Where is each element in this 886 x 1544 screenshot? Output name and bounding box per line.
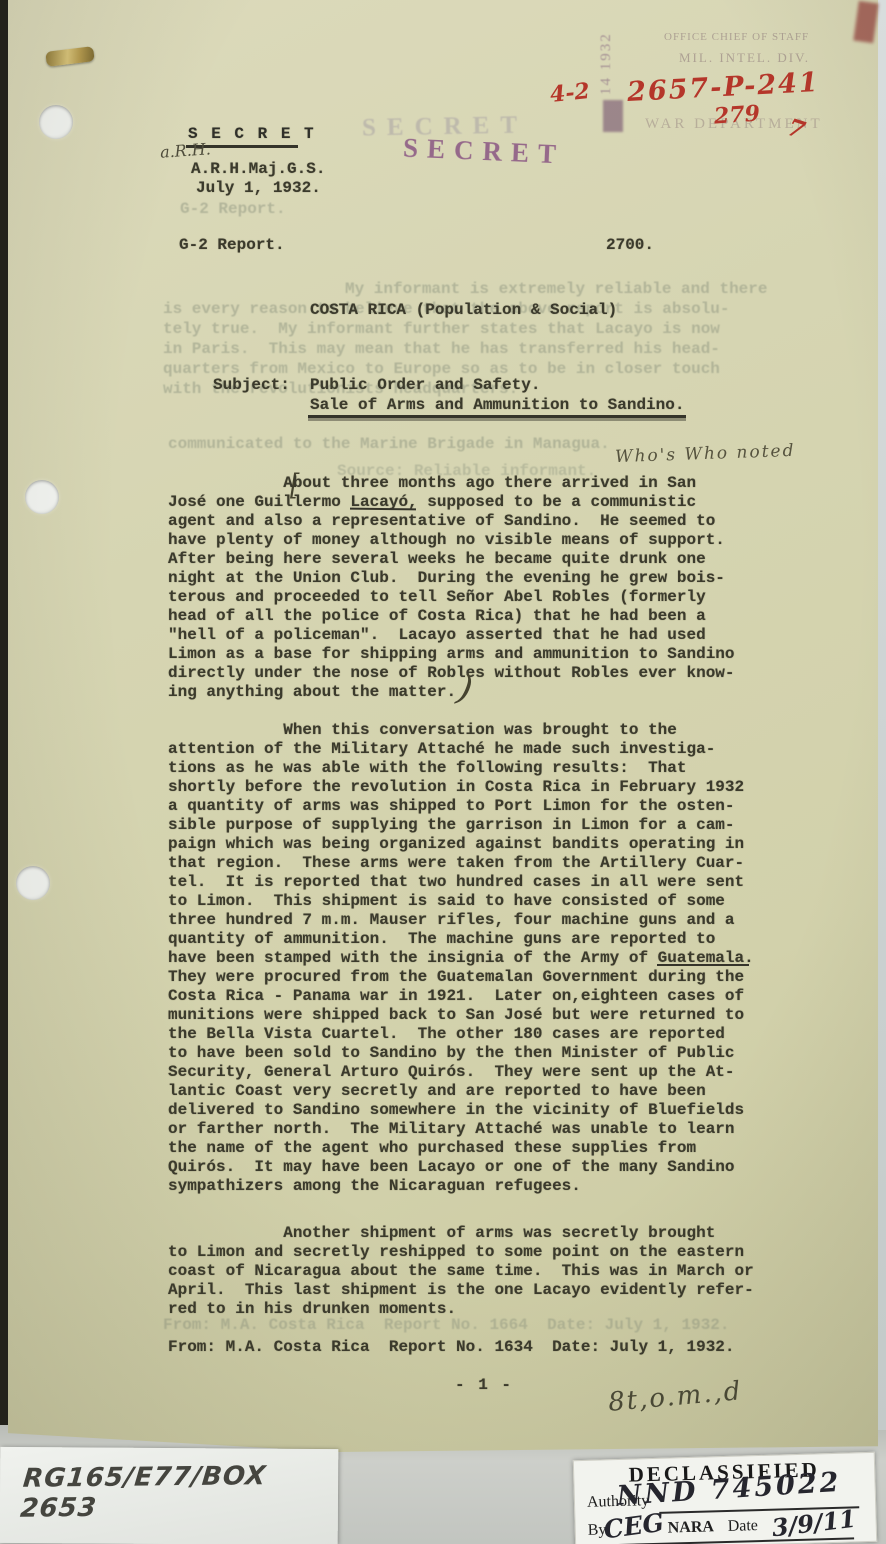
punch-hole-middle bbox=[25, 480, 59, 514]
text-line: the Bella Vista Cuartel. The other 180 c… bbox=[168, 1025, 754, 1044]
ghost-g2-report: G-2 Report. bbox=[180, 200, 286, 218]
text-line: attention of the Military Attaché he mad… bbox=[168, 740, 754, 759]
from-line: From: M.A. Costa Rica Report No. 1634 Da… bbox=[168, 1338, 735, 1356]
text-line: Another shipment of arms was secretly br… bbox=[168, 1224, 754, 1243]
officer-line: A.R.H.Maj.G.S. bbox=[191, 160, 325, 178]
text-line: When this conversation was brought to th… bbox=[168, 721, 754, 740]
report-type: G-2 Report. bbox=[179, 236, 285, 254]
subject-line-2: Sale of Arms and Ammunition to Sandino. bbox=[310, 396, 684, 414]
nara-label: NARA bbox=[667, 1518, 714, 1537]
date-line: July 1, 1932. bbox=[196, 179, 321, 197]
archive-label-text: RG165/E77/BOX 2653 bbox=[19, 1460, 341, 1523]
text-line: red to in his drunken moments. bbox=[168, 1300, 754, 1319]
text-line: sympathizers among the Nicaraguan refuge… bbox=[168, 1177, 754, 1196]
received-date-stamp: 14 1932 bbox=[598, 32, 615, 95]
text-line: to have been sold to Sandino by the then… bbox=[168, 1044, 754, 1063]
archive-label: RG165/E77/BOX 2653 bbox=[0, 1447, 338, 1544]
text-line: shortly before the revolution in Costa R… bbox=[168, 778, 754, 797]
subject-line-1: Public Order and Safety. bbox=[310, 376, 540, 394]
declassified-stamp: DECLASSIFIED Authority NND 745022 By CEG… bbox=[573, 1452, 877, 1544]
ghost-line: tely true. My informant further states t… bbox=[163, 320, 720, 338]
paragraph-1: About three months ago there arrived in … bbox=[168, 474, 735, 702]
text-line: agent and also a representative of Sandi… bbox=[168, 512, 735, 531]
text-line: the name of the agent who purchased thes… bbox=[168, 1139, 754, 1158]
text-line: ing anything about the matter. bbox=[168, 683, 735, 702]
text-line: April. This last shipment is the one Lac… bbox=[168, 1281, 754, 1300]
text-line: head of all the police of Costa Rica) th… bbox=[168, 607, 735, 626]
text-line: coast of Nicaragua about the same time. … bbox=[168, 1262, 754, 1281]
office-chief-of-staff-stamp: OFFICE CHIEF OF STAFF bbox=[664, 31, 809, 43]
text-line: delivered to Sandino somewhere in the vi… bbox=[168, 1101, 754, 1120]
ghost-line: in Paris. This may mean that he has tran… bbox=[163, 340, 720, 358]
paragraph-3: Another shipment of arms was secretly br… bbox=[168, 1224, 754, 1319]
text-line: quantity of ammunition. The machine guns… bbox=[168, 930, 754, 949]
text-line: "hell of a policeman". Lacayo asserted t… bbox=[168, 626, 735, 645]
file-number-2700: 2700. bbox=[606, 236, 654, 254]
text-line: lantic Coast very secretly and are repor… bbox=[168, 1082, 754, 1101]
text-line: tions as he was able with the following … bbox=[168, 759, 754, 778]
pencil-initials: a.R.H. bbox=[159, 139, 211, 161]
mil-intel-div-stamp: MIL. INTEL. DIV. bbox=[679, 50, 810, 66]
page-number: - 1 - bbox=[455, 1376, 513, 1394]
text-line: that region. These arms were taken from … bbox=[168, 854, 754, 873]
stamp-ink-blot bbox=[603, 100, 623, 132]
text-line: have plenty of money although no visible… bbox=[168, 531, 735, 550]
text-line: tel. It is reported that two hundred cas… bbox=[168, 873, 754, 892]
text-line: munitions were shipped back to San José … bbox=[168, 1006, 754, 1025]
text-line: They were procured from the Guatemalan G… bbox=[168, 968, 754, 987]
text-line: terous and proceeded to tell Señor Abel … bbox=[168, 588, 735, 607]
text-line: three hundred 7 m.m. Mauser rifles, four… bbox=[168, 911, 754, 930]
text-line: After being here several weeks he became… bbox=[168, 550, 735, 569]
punch-hole-top bbox=[39, 105, 73, 139]
subject-label: Subject: bbox=[213, 376, 290, 394]
text-line: to Limon. This shipment is said to have … bbox=[168, 892, 754, 911]
guatemala-underline bbox=[657, 964, 749, 966]
date-label: Date bbox=[727, 1517, 758, 1536]
text-line: to Limon and secretly reshipped to some … bbox=[168, 1243, 754, 1262]
paragraph-2: When this conversation was brought to th… bbox=[168, 721, 754, 1196]
text-line: Quirós. It may have been Lacayo or one o… bbox=[168, 1158, 754, 1177]
text-line: sible purpose of supplying the garrison … bbox=[168, 816, 754, 835]
text-line: Security, General Arturo Quirós. They we… bbox=[168, 1063, 754, 1082]
text-line: About three months ago there arrived in … bbox=[168, 474, 735, 493]
text-line: José one Guillermo Lacayó, supposed to b… bbox=[168, 493, 735, 512]
text-line: Limon as a base for shipping arms and am… bbox=[168, 645, 735, 664]
text-line: paign which was being organized against … bbox=[168, 835, 754, 854]
subject-underline bbox=[308, 415, 686, 418]
text-line: a quantity of arms was shipped to Port L… bbox=[168, 797, 754, 816]
ghost-line: My informant is extremely reliable and t… bbox=[345, 280, 767, 298]
document-photo: G-2 Report. My informant is extremely re… bbox=[0, 0, 886, 1544]
text-line: night at the Union Club. During the even… bbox=[168, 569, 735, 588]
ghost-line: communicated to the Marine Brigade in Ma… bbox=[168, 435, 610, 453]
red-page-number: 279 bbox=[713, 100, 761, 129]
punch-hole-bottom bbox=[16, 866, 50, 900]
red-g2-annotation: 4-2 bbox=[549, 78, 591, 108]
text-line: or farther north. The Military Attaché w… bbox=[168, 1120, 754, 1139]
text-line: directly under the nose of Robles withou… bbox=[168, 664, 735, 683]
by-value-handwritten: CEG bbox=[602, 1508, 666, 1544]
text-line: Costa Rica - Panama war in 1921. Later o… bbox=[168, 987, 754, 1006]
country-heading: COSTA RICA (Population & Social) bbox=[310, 301, 617, 319]
